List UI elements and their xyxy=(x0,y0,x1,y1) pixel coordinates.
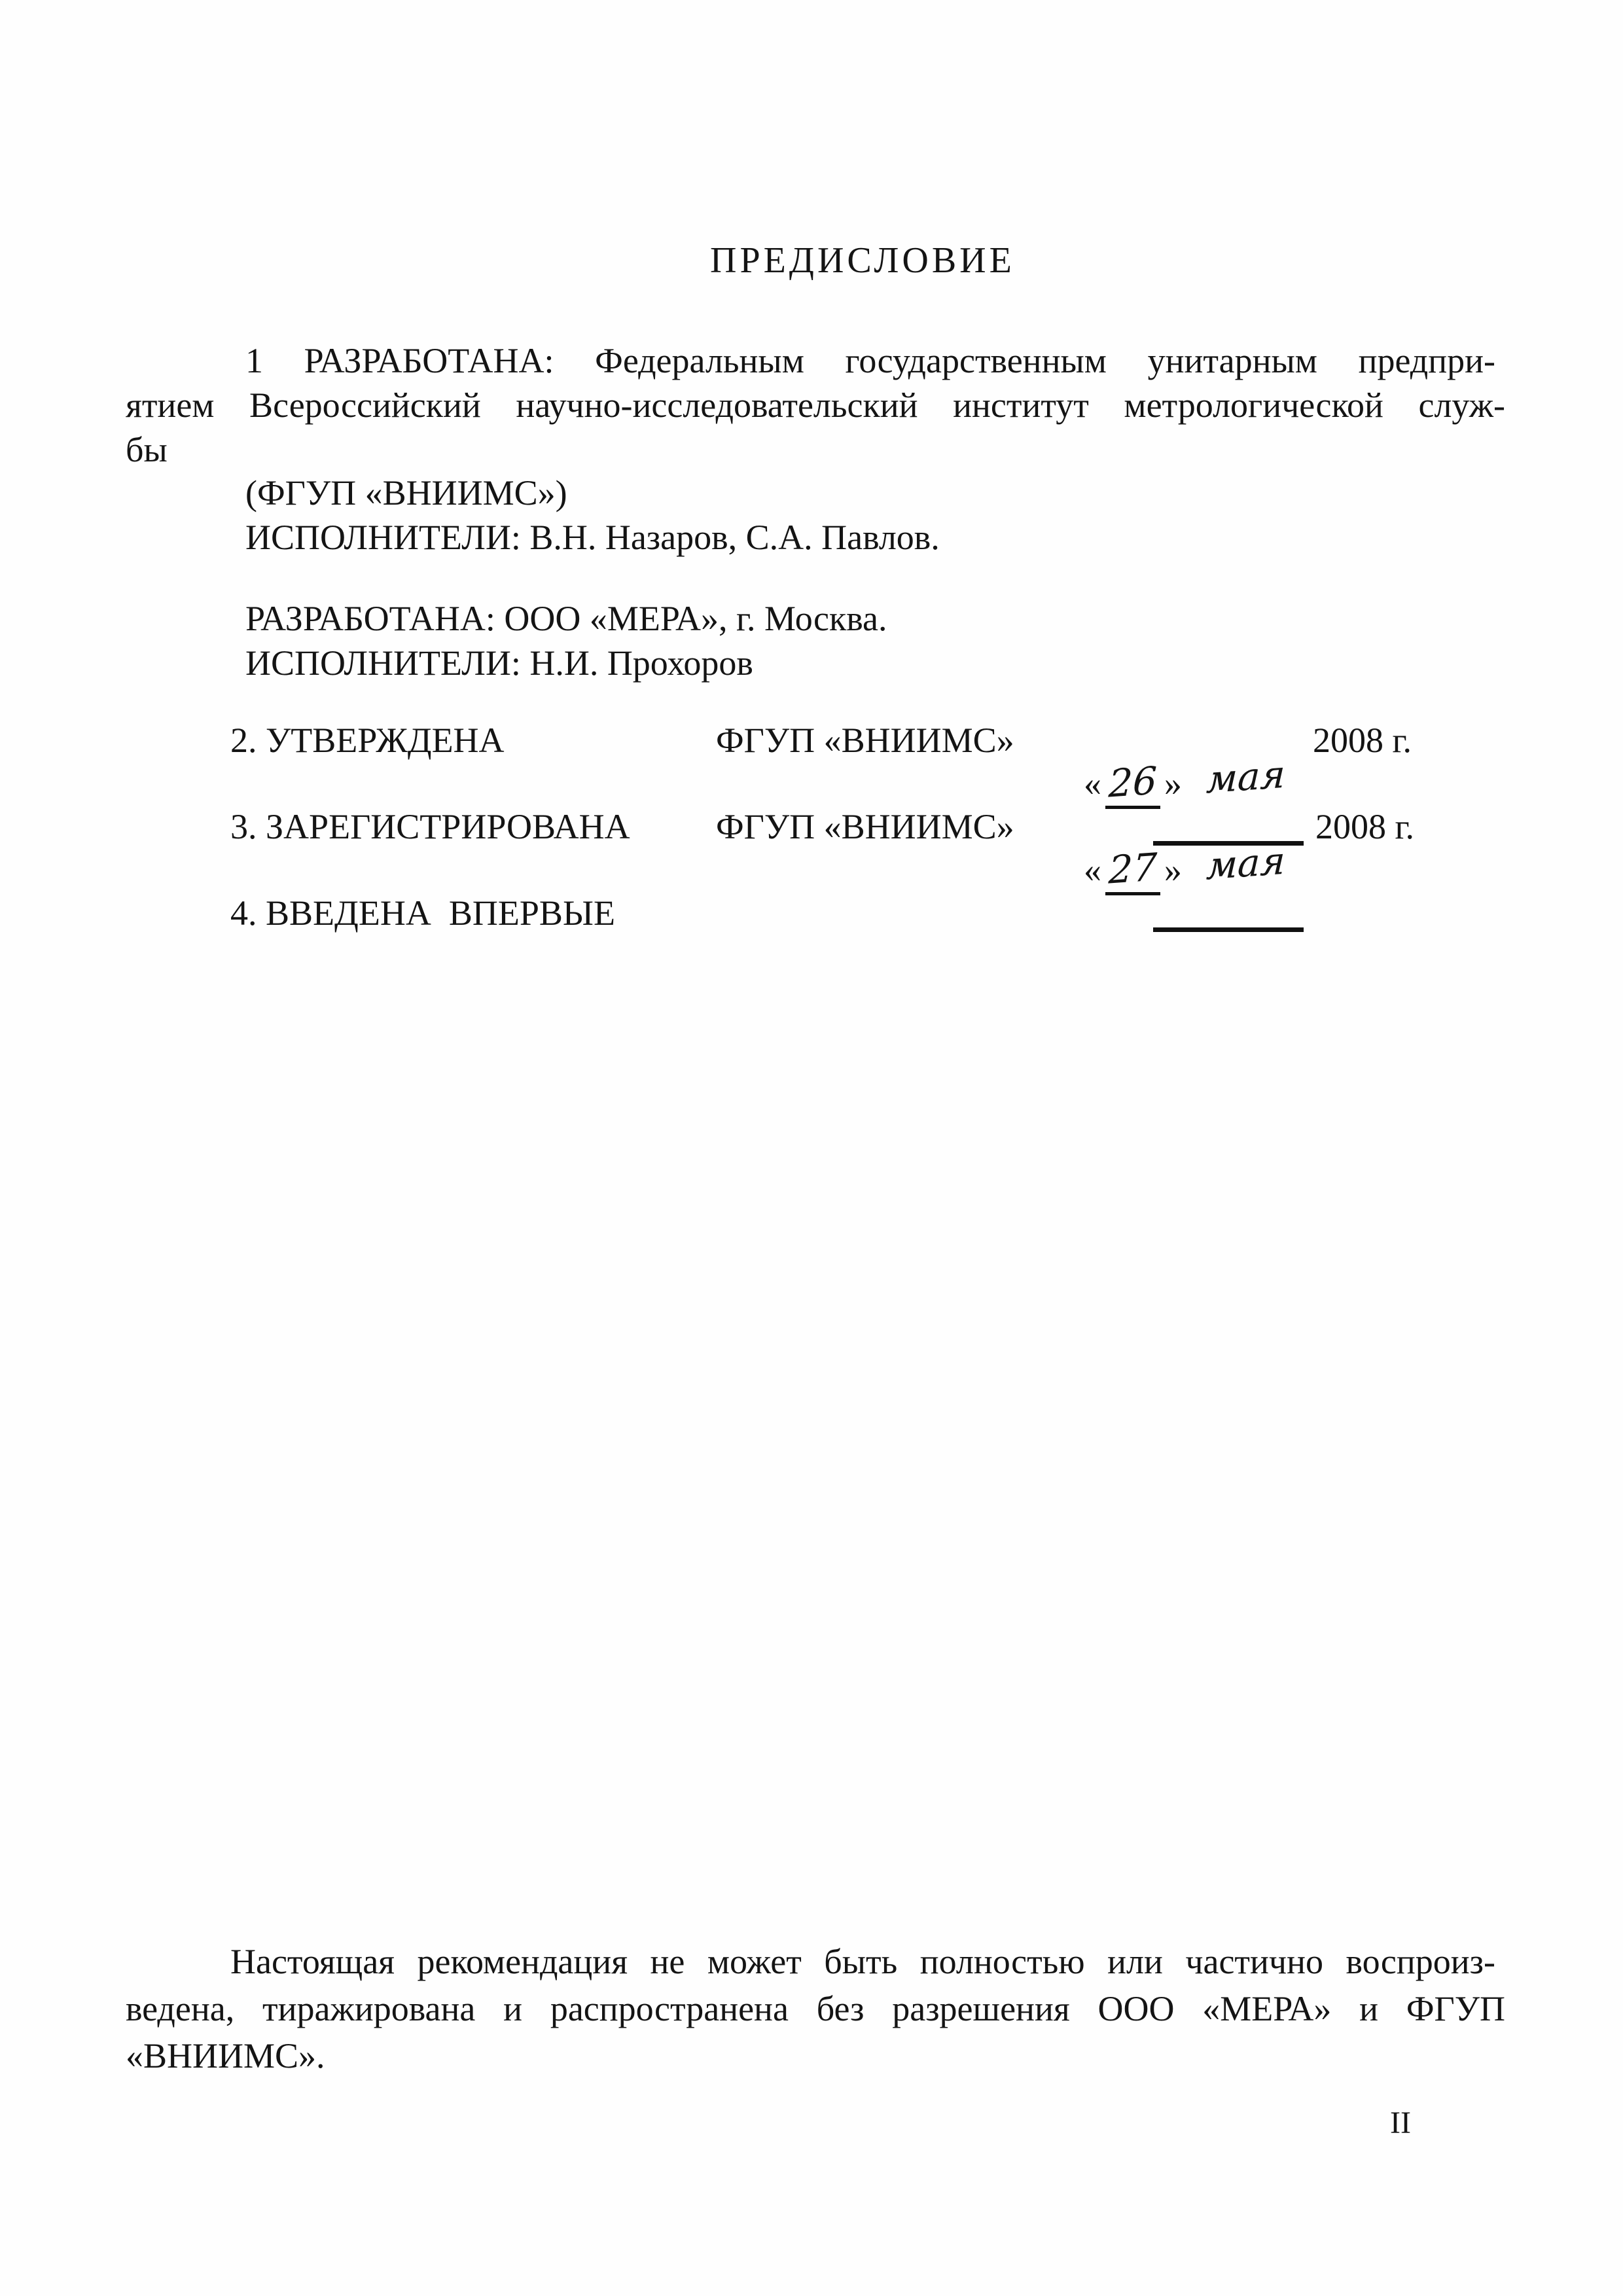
item1-line3: бы xyxy=(126,429,168,470)
item3-day-slot: 27 xyxy=(1105,847,1160,895)
footer-line1: Настоящая рекомендация не может быть пол… xyxy=(230,1941,1495,1982)
item3-label: 3. ЗАРЕГИСТРИРОВАНА xyxy=(230,806,630,847)
item1-executors: ИСПОЛНИТЕЛИ: В.Н. Назаров, С.А. Павлов. xyxy=(245,517,940,558)
page-title: ПРЕДИСЛОВИЕ xyxy=(710,240,1015,281)
item1-developed-mera: РАЗРАБОТАНА: ООО «МЕРА», г. Москва. xyxy=(245,598,887,639)
item2-organization: ФГУП «ВНИИМС» xyxy=(716,720,1014,761)
item1-organization: (ФГУП «ВНИИМС») xyxy=(245,473,567,513)
item2-day-handwritten: 26 xyxy=(1108,759,1158,806)
item3-year: 2008 г. xyxy=(1315,806,1414,847)
item2-label: 2. УТВЕРЖДЕНА xyxy=(230,720,505,761)
footer-line2: ведена, тиражирована и распространена бе… xyxy=(126,1988,1505,2029)
item1-executors-mera: ИСПОЛНИТЕЛИ: Н.И. Прохоров xyxy=(245,643,753,683)
item3-quote-open: « xyxy=(1084,850,1101,889)
item3-month-slot: мая xyxy=(1153,801,1304,932)
item2-year: 2008 г. xyxy=(1313,720,1412,761)
item1-line2: ятием Всероссийский научно-исследователь… xyxy=(126,385,1505,425)
item2-day-slot: 26 xyxy=(1105,761,1160,809)
page-number: II xyxy=(1390,2105,1411,2141)
item2-quote-open: « xyxy=(1084,764,1101,803)
item2-month-handwritten: мая xyxy=(1205,753,1286,802)
item4-label: 4. ВВЕДЕНА ВПЕРВЫЕ xyxy=(230,893,615,933)
document-page: ПРЕДИСЛОВИЕ 1 РАЗРАБОТАНА: Федеральным г… xyxy=(0,0,1623,2296)
item3-month-handwritten: мая xyxy=(1205,839,1286,888)
item1-line1: 1 РАЗРАБОТАНА: Федеральным государственн… xyxy=(245,340,1495,381)
item3-day-handwritten: 27 xyxy=(1108,845,1158,892)
footer-line3: «ВНИИМС». xyxy=(126,2036,325,2076)
item3-organization: ФГУП «ВНИИМС» xyxy=(716,806,1014,847)
